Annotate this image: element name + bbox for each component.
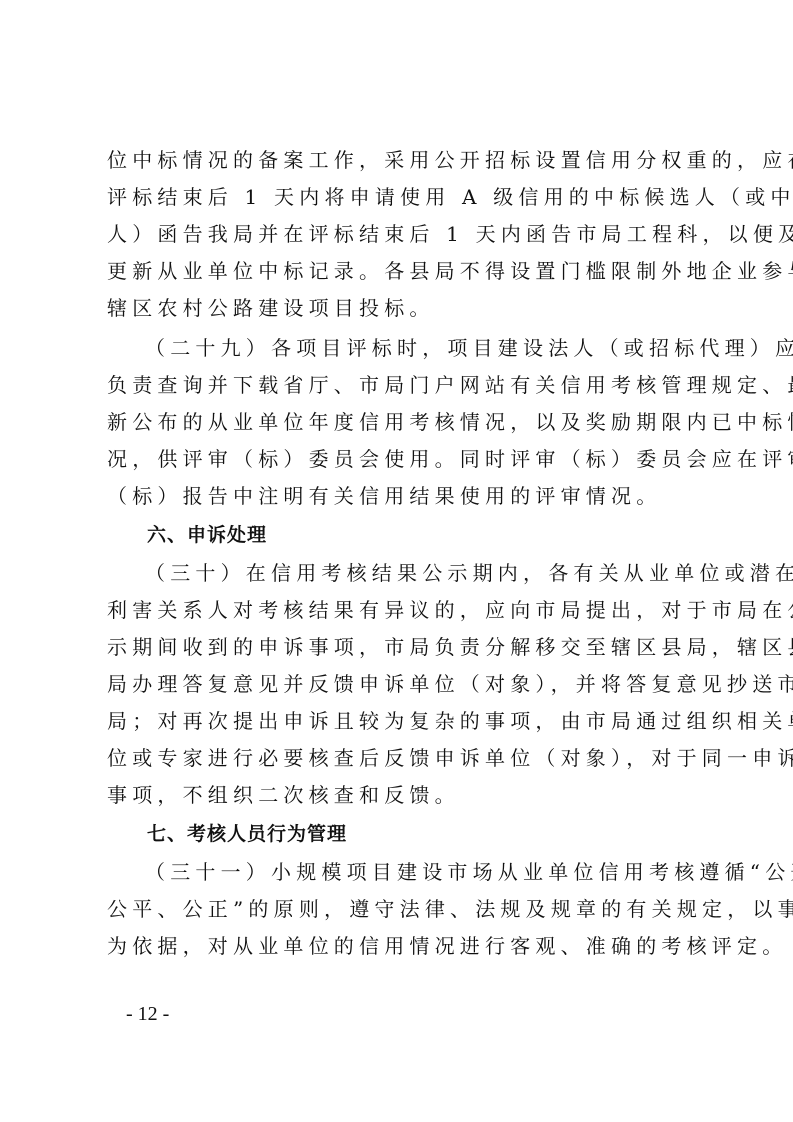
body-text-line: 局；对再次提出申诉且较为复杂的事项，由市局通过组织相关单 bbox=[107, 703, 687, 740]
body-text-line: 公平、公正”的原则，遵守法律、法规及规章的有关规定，以事实 bbox=[107, 891, 687, 928]
body-text-line: 评标结束后 1 天内将申请使用 A 级信用的中标候选人（或中标 bbox=[107, 179, 687, 216]
body-text-line: 局办理答复意见并反馈申诉单位（对象），并将答复意见抄送市 bbox=[107, 666, 687, 703]
section-heading-seven: 七、考核人员行为管理 bbox=[147, 816, 347, 853]
body-text-line: 示期间收到的申诉事项，市局负责分解移交至辖区县局，辖区县 bbox=[107, 629, 687, 666]
body-text-line: 新公布的从业单位年度信用考核情况，以及奖励期限内已中标情 bbox=[107, 404, 687, 441]
body-text-line: 位或专家进行必要核查后反馈申诉单位（对象），对于同一申诉 bbox=[107, 740, 687, 777]
section-heading-six: 六、申诉处理 bbox=[147, 517, 267, 554]
body-text-line: （三十）在信用考核结果公示期内，各有关从业单位或潜在 bbox=[145, 555, 687, 592]
body-text-line: （二十九）各项目评标时，项目建设法人（或招标代理）应 bbox=[145, 330, 687, 367]
document-page: 位中标情况的备案工作，采用公开招标设置信用分权重的，应在 评标结束后 1 天内将… bbox=[0, 0, 793, 1122]
body-text-line: 为依据，对从业单位的信用情况进行客观、准确的考核评定。 bbox=[107, 928, 687, 965]
body-text-line: 位中标情况的备案工作，采用公开招标设置信用分权重的，应在 bbox=[107, 142, 687, 179]
body-text-line: 况，供评审（标）委员会使用。同时评审（标）委员会应在评审 bbox=[107, 441, 687, 478]
body-text-line: 人）函告我局并在评标结束后 1 天内函告市局工程科，以便及时 bbox=[107, 216, 687, 253]
body-text-line: 更新从业单位中标记录。各县局不得设置门槛限制外地企业参与 bbox=[107, 253, 687, 290]
body-text-line: 负责查询并下载省厅、市局门户网站有关信用考核管理规定、最 bbox=[107, 367, 687, 404]
body-text-line: （标）报告中注明有关信用结果使用的评审情况。 bbox=[107, 478, 687, 515]
page-number: - 12 - bbox=[126, 1003, 169, 1026]
body-text-line: 事项，不组织二次核查和反馈。 bbox=[107, 777, 687, 814]
body-text-line: 利害关系人对考核结果有异议的，应向市局提出，对于市局在公 bbox=[107, 592, 687, 629]
body-text-line: 辖区农村公路建设项目投标。 bbox=[107, 290, 687, 327]
body-text-line: （三十一）小规模项目建设市场从业单位信用考核遵循“公开、 bbox=[145, 854, 687, 891]
